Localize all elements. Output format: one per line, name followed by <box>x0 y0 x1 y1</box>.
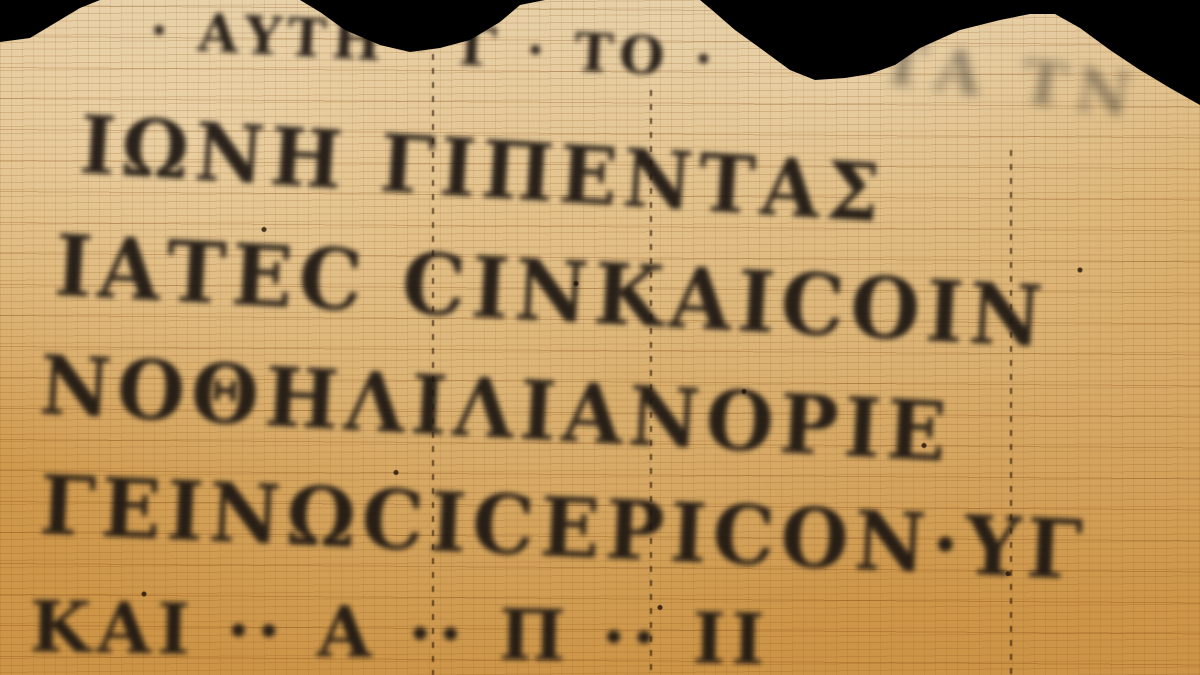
papyrus-fragment: ΤΑ ΤΝ · ΑΥΤΗ · Γ · ΤΟ · ΙΩΝΗ ΓΙΠΕΝΤΑΣ ΙΑ… <box>0 0 1200 675</box>
papyrus-photo: ΤΑ ΤΝ · ΑΥΤΗ · Γ · ΤΟ · ΙΩΝΗ ΓΙΠΕΝΤΑΣ ΙΑ… <box>0 0 1200 675</box>
text-line-5: ΚΑΙ ·· Α ·· Π ·· ΙΙ <box>29 585 771 675</box>
